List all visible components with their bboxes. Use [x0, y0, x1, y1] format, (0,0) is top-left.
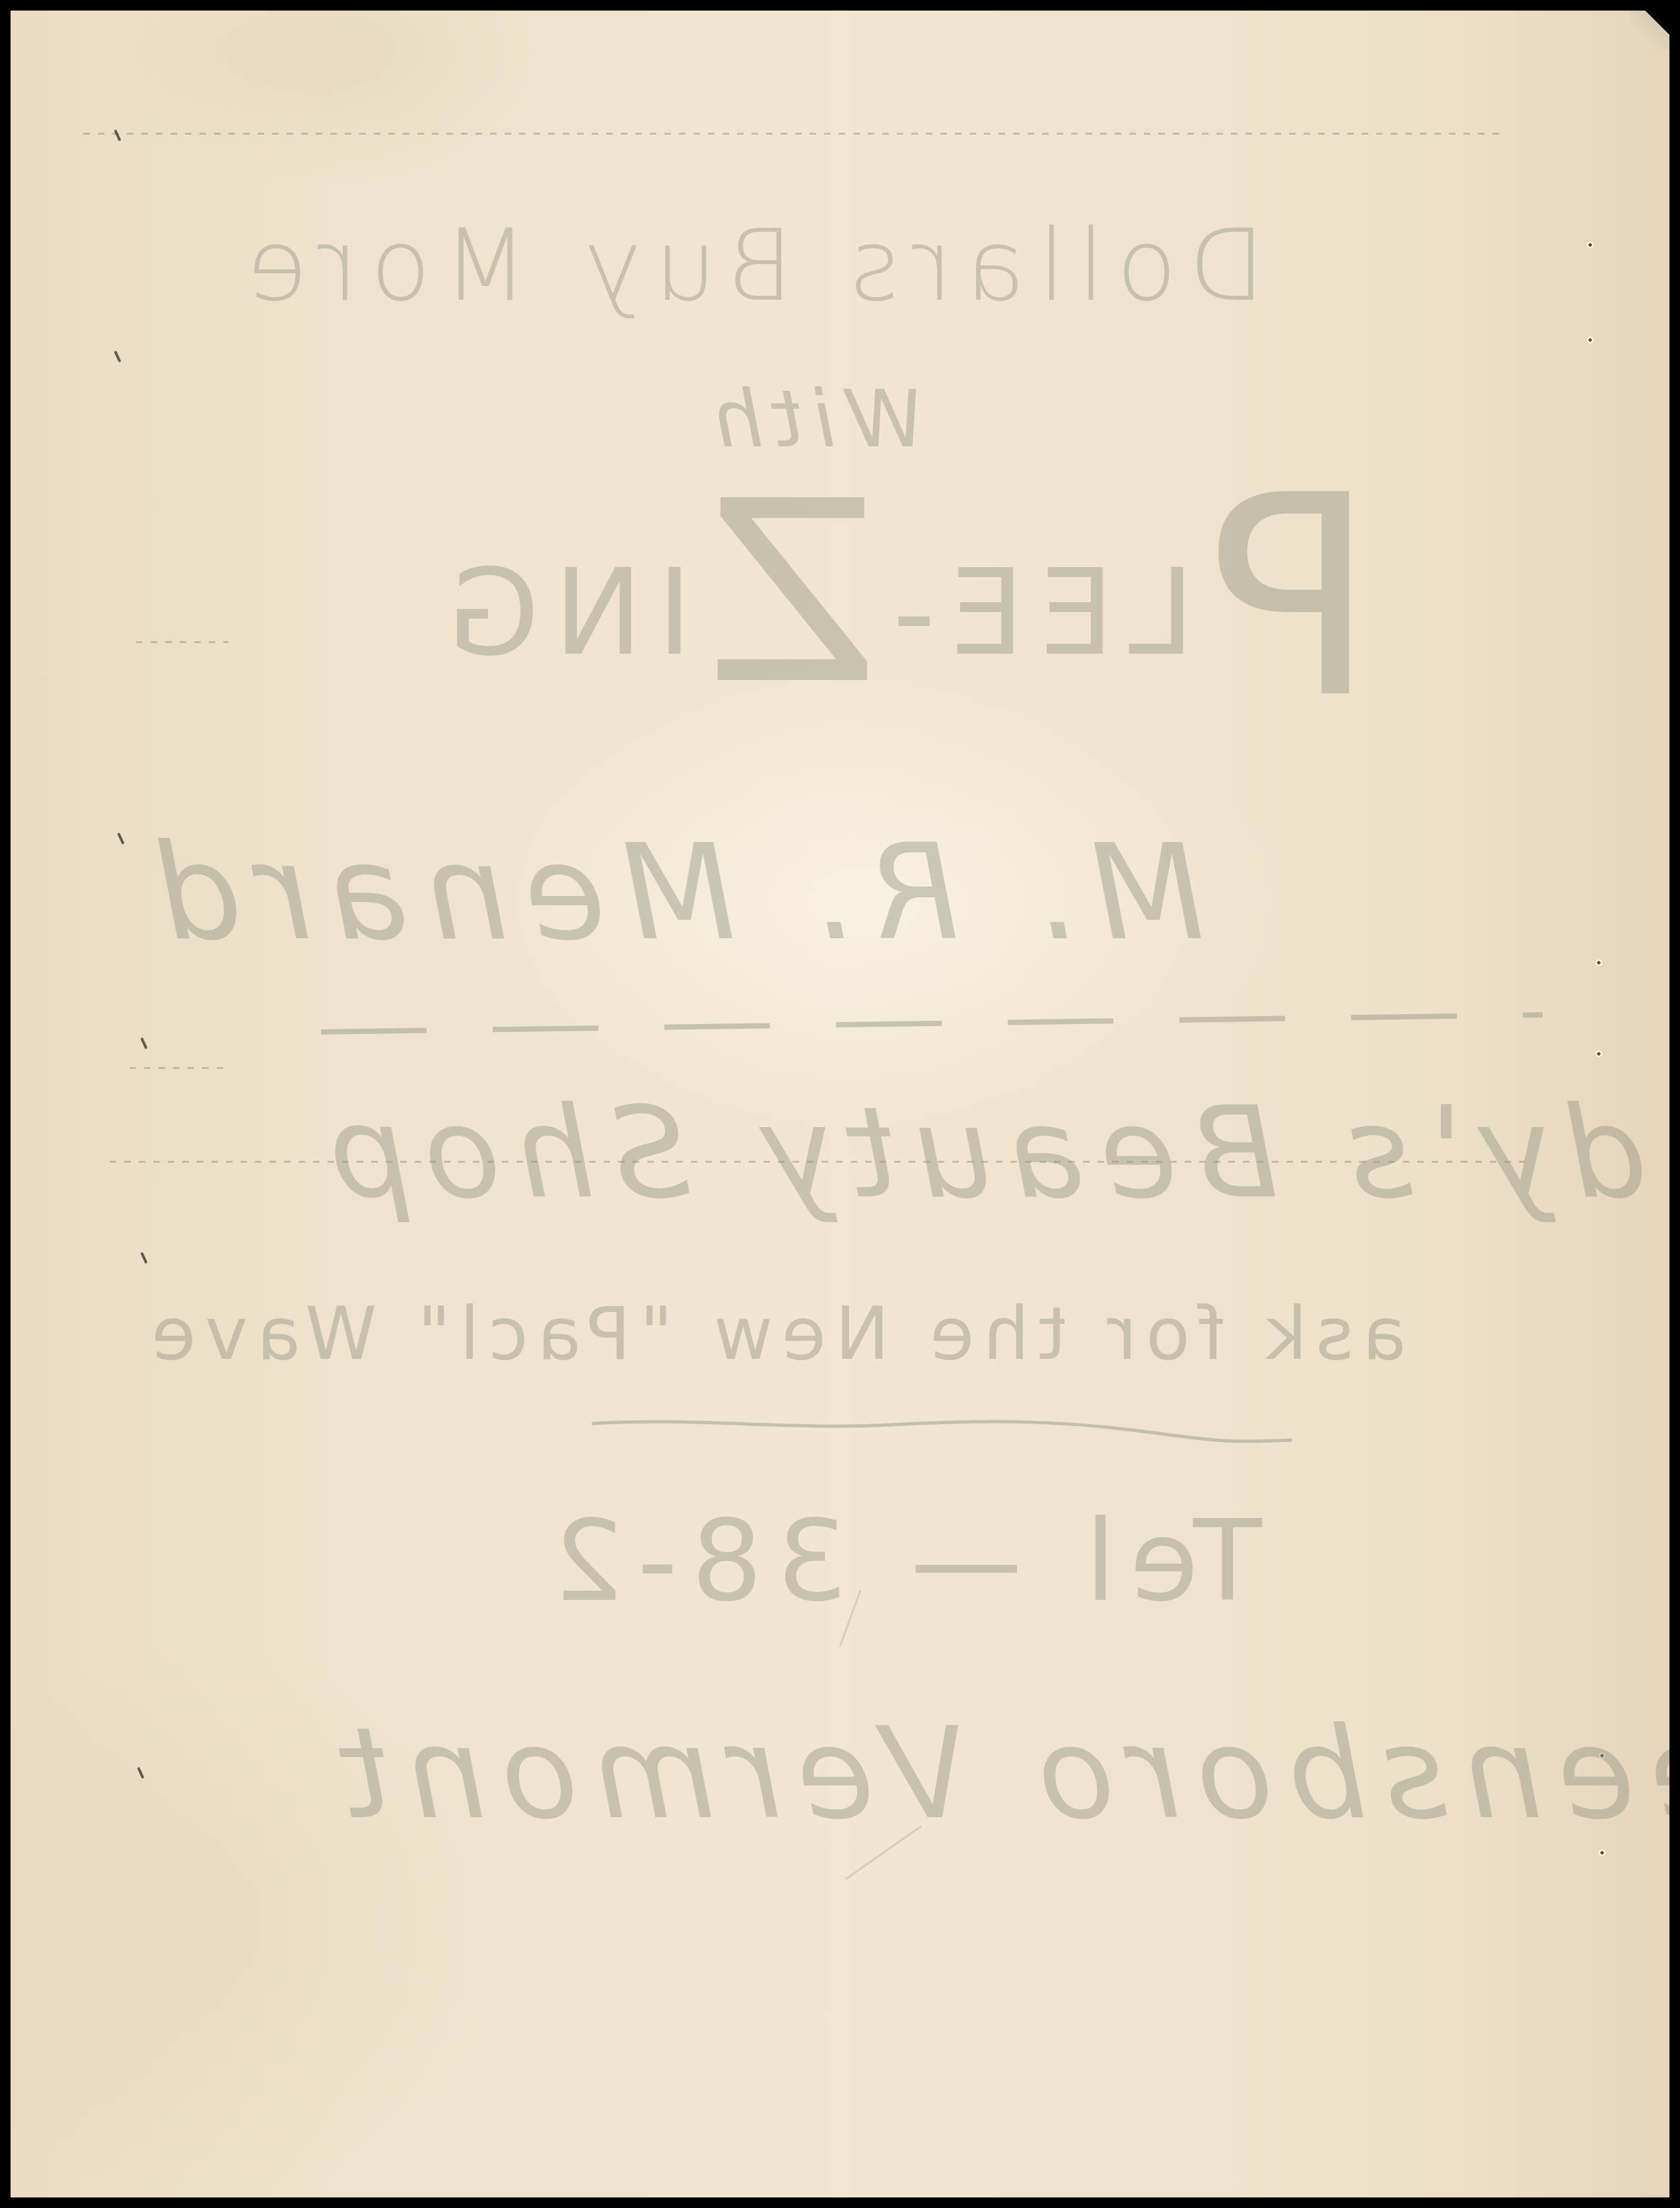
- proprietor-name: M. R. Menard: [143, 816, 1205, 970]
- printed-dotted-rule: [83, 133, 1503, 135]
- punch-hole: [1599, 1849, 1605, 1856]
- printed-dotted-rule: [136, 641, 228, 643]
- printed-dotted-rule: [129, 1067, 228, 1069]
- brand-letter-p: P: [1195, 436, 1376, 759]
- tagline: ask for the New "Pacl" Wave: [143, 1292, 1407, 1376]
- punch-hole: [1595, 1051, 1602, 1057]
- brand-letter-z: Z: [692, 447, 878, 740]
- pencil-tick-mark: [140, 1037, 147, 1049]
- pencil-tick-mark: [137, 1767, 144, 1779]
- brand-segment: LEE-: [878, 544, 1195, 682]
- pencil-tick-mark: [114, 129, 121, 141]
- pencil-tick-mark: [114, 351, 121, 362]
- pencil-tick-mark: [140, 1252, 147, 1264]
- location: Greensboro Vermont: [328, 1701, 1669, 1847]
- brand-segment-end: ING: [433, 544, 692, 682]
- brand-name-pleezing: PLEE-ZING: [433, 460, 1376, 737]
- punch-hole: [1587, 242, 1593, 248]
- dashed-underline: [321, 1012, 1543, 1035]
- scanned-page: Dollars Buy More With PLEE-ZING M. R. Me…: [11, 11, 1669, 2197]
- wavy-underline: [592, 1410, 1292, 1450]
- folded-corner: [1630, 11, 1669, 50]
- shop-name: Milady's Beauty Shop: [314, 1080, 1669, 1226]
- punch-hole: [1587, 337, 1593, 343]
- headline-line-dollars-buy-more: Dollars Buy More: [235, 209, 1265, 324]
- phone-number: Tel — 38-2: [539, 1496, 1262, 1627]
- punch-hole: [1595, 959, 1602, 966]
- pencil-tick-mark: [117, 833, 124, 845]
